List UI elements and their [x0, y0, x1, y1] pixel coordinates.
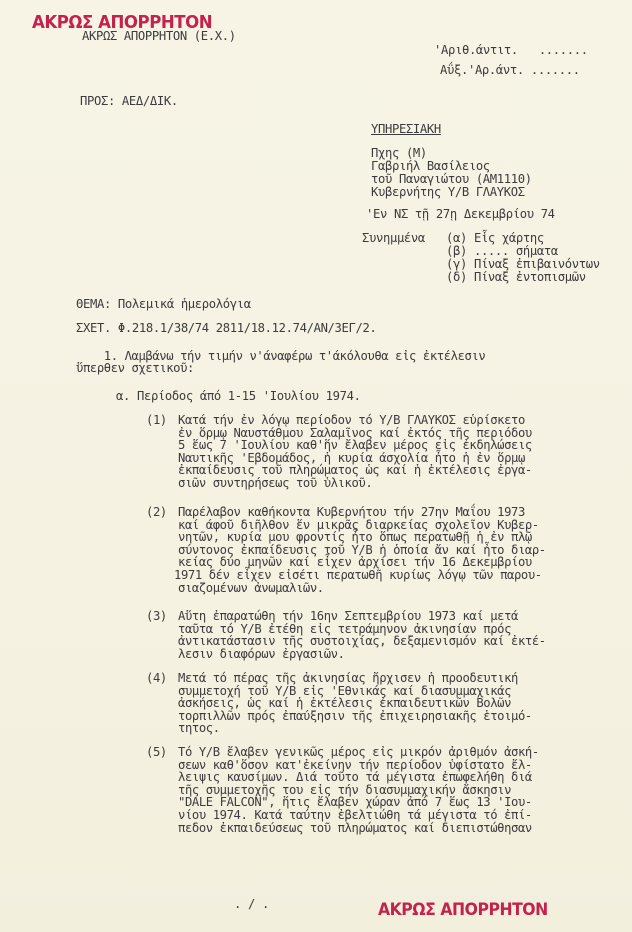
document-type: ΥΠΗΡΕΣΙΑΚΗ: [371, 123, 441, 136]
paragraph-line: τητος.: [178, 722, 220, 735]
paragraph-number: (5): [146, 746, 167, 759]
recipient: ΠΡΟΣ: ΑΕΔ/ΔΙΚ.: [80, 95, 178, 108]
intro-line: ὕπερθεν σχετικοῦ:: [76, 362, 194, 375]
paragraph-line: Αὕτη ἐπαρατώθη τήν 16ην Σεπτεμβρίου 1973…: [178, 610, 518, 623]
paragraph-line: σιῶν συντηρήσεως τοῦ ὑλικοῦ.: [178, 477, 372, 490]
paragraph-number: (1): [146, 414, 167, 427]
paragraph-line: Μετά τό πέρας τῆς ἀκινησίας ἤρχισεν ἡ πρ…: [178, 672, 518, 685]
document-page: ΑΚΡΩΣ ΑΠΟΡΡΗΤΟΝ ΑΚΡΩΣ ΑΠΟΡΡΗΤΟΝ (Ε.Χ.) '…: [0, 0, 632, 932]
paragraph-line: πεδον ἐκπαιδεύσεως τοῦ πληρώματος καί δι…: [178, 822, 532, 835]
document-date: 'Εν ΝΣ τῇ 27ῃ Δεκεμβρίου 74: [366, 208, 555, 221]
paragraph-line: λειψις καυσίμων. Διά τοῦτο τά μέγιστα ἐπ…: [178, 771, 532, 784]
paragraph-line: Κατά τήν ἐν λόγῳ περίοδον τό Υ/Β ΓΛΑΥΚΟΣ…: [178, 414, 525, 427]
classification-typed: ΑΚΡΩΣ ΑΠΟΡΡΗΤΟΝ (Ε.Χ.): [82, 30, 236, 43]
paragraph-line: 5 ἕως 7 'Ιουλίου καθ'ἥν ἔλαβεν μέρος εἰς…: [178, 439, 532, 452]
paragraph-line: λεσιν διαφόρων ἐργασιῶν.: [178, 648, 345, 661]
paragraph-line: Τό Υ/Β ἔλαβεν γενικῶς μέρος εἰς μικρόν ἀ…: [178, 746, 539, 759]
section-a-heading: α. Περίοδος άπό 1-15 'Ιουλίου 1974.: [116, 390, 361, 403]
paragraph-number: (2): [146, 506, 167, 519]
paragraph-line: Παρέλαβον καθήκοντα Κυβερνήτου τήν 27ην …: [178, 506, 525, 519]
paragraph-number: (4): [146, 672, 167, 685]
classification-stamp-bottom: ΑΚΡΩΣ ΑΠΟΡΡΗΤΟΝ: [378, 900, 548, 920]
paragraph-line: ἀντικατάστασιν τῆς συστοιχίας, δεξαμενισ…: [178, 635, 546, 648]
copy-number: 'Αριθ.άντιτ. .......: [434, 44, 588, 57]
paragraph-line: τορπιλλῶν πρός ἐπαύξησιν τῆς ἐπιχειρησια…: [178, 710, 532, 723]
continuation-mark: . / .: [234, 898, 269, 911]
sender-position: Κυβερνήτης Υ/Β ΓΛΑΥΚΟΣ: [371, 186, 525, 199]
reference: ΣΧΕΤ. Φ.218.1/38/74 2811/18.12.74/ΑΝ/3ΕΓ…: [76, 322, 376, 335]
paragraph-number: (3): [146, 610, 167, 623]
attachments-label: Συνημμένα: [362, 232, 425, 245]
paragraph-line: νητῶν, κυρία μου φροντίς ἦτο ὅπως περατω…: [178, 531, 532, 544]
paragraph-line: 1971 δέν εἶχεν εἰσέτι περατωθῆ κυρίως λό…: [174, 569, 542, 582]
paragraph-line: ἀσκήσεις, ὡς καί ἡ ἐκτέλεσις ἐκπαιδευτικ…: [178, 697, 511, 710]
serial-number: Αΰξ.'Αρ.άντ. .......: [440, 64, 580, 77]
paragraph-line: σιαζομένων ἀνωμαλιῶν.: [178, 582, 324, 595]
subject: ΘΕΜΑ: Πολεμικά ἡμερολόγια: [76, 298, 251, 311]
paragraph-line: νίου 1974. Κατά ταύτην ἐβελτιώθη τά μέγι…: [178, 809, 532, 822]
attachment-item: (δ) Πίναξ ἐντοπισμῶν: [446, 271, 586, 284]
